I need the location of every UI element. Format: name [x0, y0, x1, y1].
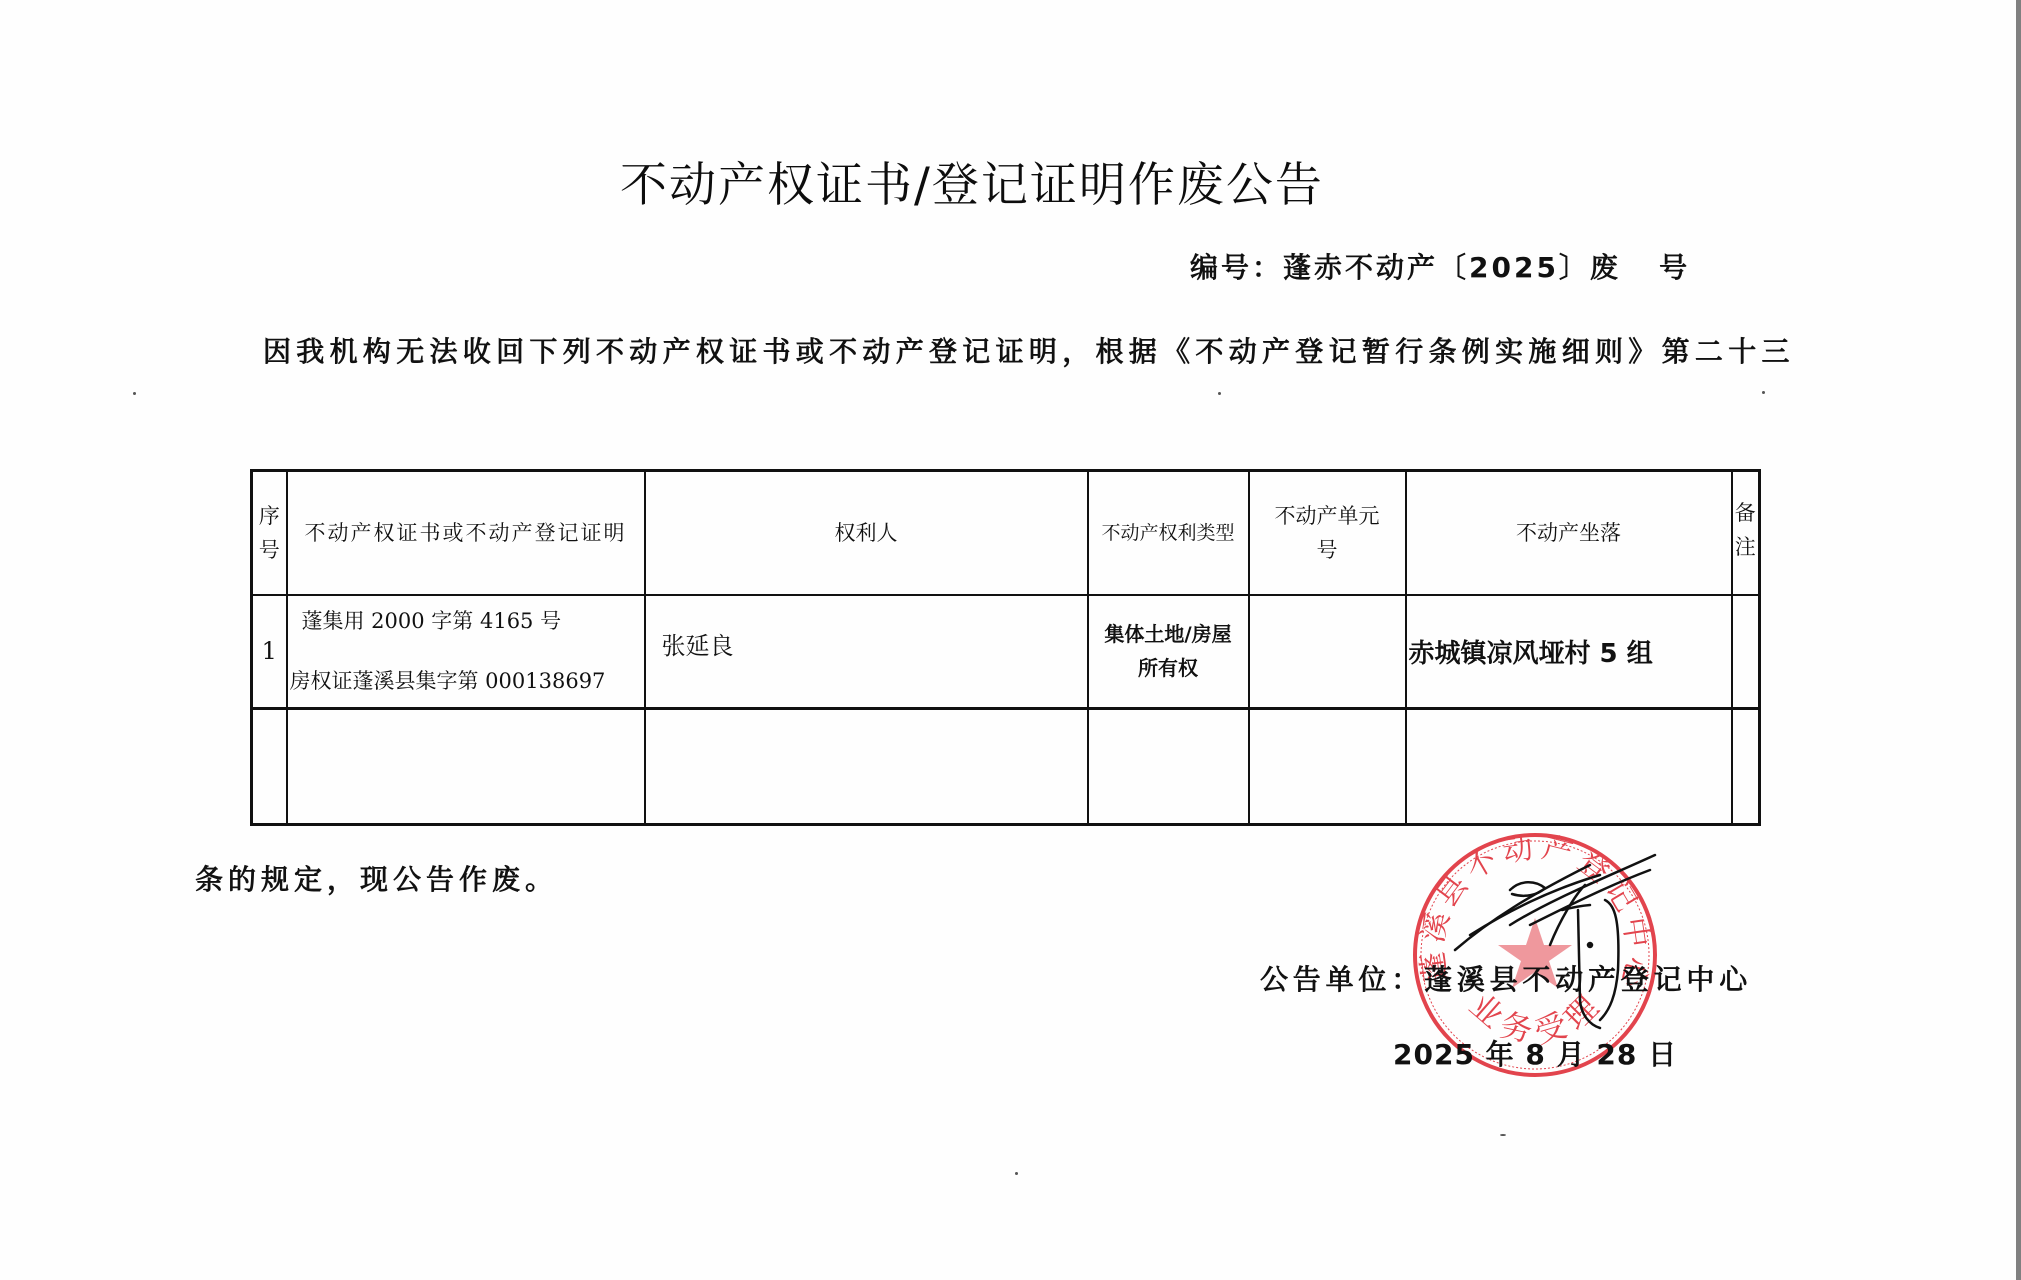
header-certificate: 不动产权证书或不动产登记证明 — [287, 471, 645, 595]
handwritten-signature-icon — [1450, 850, 1680, 1030]
notice-paragraph-line-1: 因我机构无法收回下列不动产权证书或不动产登记证明，根据《不动产登记暂行条例实施细… — [263, 330, 1795, 370]
cell-seq: 1 — [252, 595, 287, 709]
cell-right-type: 集体土地/房屋 所有权 — [1088, 595, 1249, 709]
header-holder: 权利人 — [645, 471, 1088, 595]
scan-speck — [1015, 1172, 1018, 1175]
header-unit-number: 不动产单元号 — [1249, 471, 1406, 595]
document-number: 编号：蓬赤不动产〔2025〕废 号 — [1190, 246, 1690, 286]
notice-paragraph-line-2: 条的规定，现公告作废。 — [195, 858, 558, 898]
table-row: 1 蓬集用 2000 字第 4165 号 房权证蓬溪县集字第 000138697… — [252, 595, 1760, 709]
cell-holder — [645, 709, 1088, 825]
cell-location — [1406, 709, 1732, 825]
cell-unit-number — [1249, 709, 1406, 825]
scanned-page: 不动产权证书/登记证明作废公告 编号：蓬赤不动产〔2025〕废 号 因我机构无法… — [0, 0, 2016, 1280]
scan-speck — [1218, 392, 1221, 395]
header-seq: 序号 — [252, 471, 287, 595]
header-remark: 备注 — [1732, 471, 1760, 595]
header-location: 不动产坐落 — [1406, 471, 1732, 595]
cell-remark — [1732, 709, 1760, 825]
window-edge-bar — [2016, 0, 2021, 1280]
table-row — [252, 709, 1760, 825]
cell-right-type — [1088, 709, 1249, 825]
cell-certificate — [287, 709, 645, 825]
scan-speck — [1762, 391, 1765, 394]
scan-speck — [133, 392, 136, 395]
certificate-number-1: 蓬集用 2000 字第 4165 号 — [288, 604, 644, 638]
table-header-row: 序号 不动产权证书或不动产登记证明 权利人 不动产权利类型 不动产单元号 不动产… — [252, 471, 1760, 595]
page-title: 不动产权证书/登记证明作废公告 — [620, 148, 1400, 215]
cell-location: 赤城镇凉风垭村 5 组 — [1406, 595, 1732, 709]
cell-certificate: 蓬集用 2000 字第 4165 号 房权证蓬溪县集字第 000138697 — [287, 595, 645, 709]
header-right-type: 不动产权利类型 — [1088, 471, 1249, 595]
cell-holder: 张延良 — [645, 595, 1088, 709]
cell-seq — [252, 709, 287, 825]
scan-speck — [1500, 1134, 1506, 1136]
issue-date: 2025 年 8 月 28 日 — [1393, 1033, 1677, 1073]
voided-certificates-table: 序号 不动产权证书或不动产登记证明 权利人 不动产权利类型 不动产单元号 不动产… — [250, 469, 1761, 826]
cell-remark — [1732, 595, 1760, 709]
certificate-number-2: 房权证蓬溪县集字第 000138697 — [288, 664, 644, 698]
cell-unit-number — [1249, 595, 1406, 709]
